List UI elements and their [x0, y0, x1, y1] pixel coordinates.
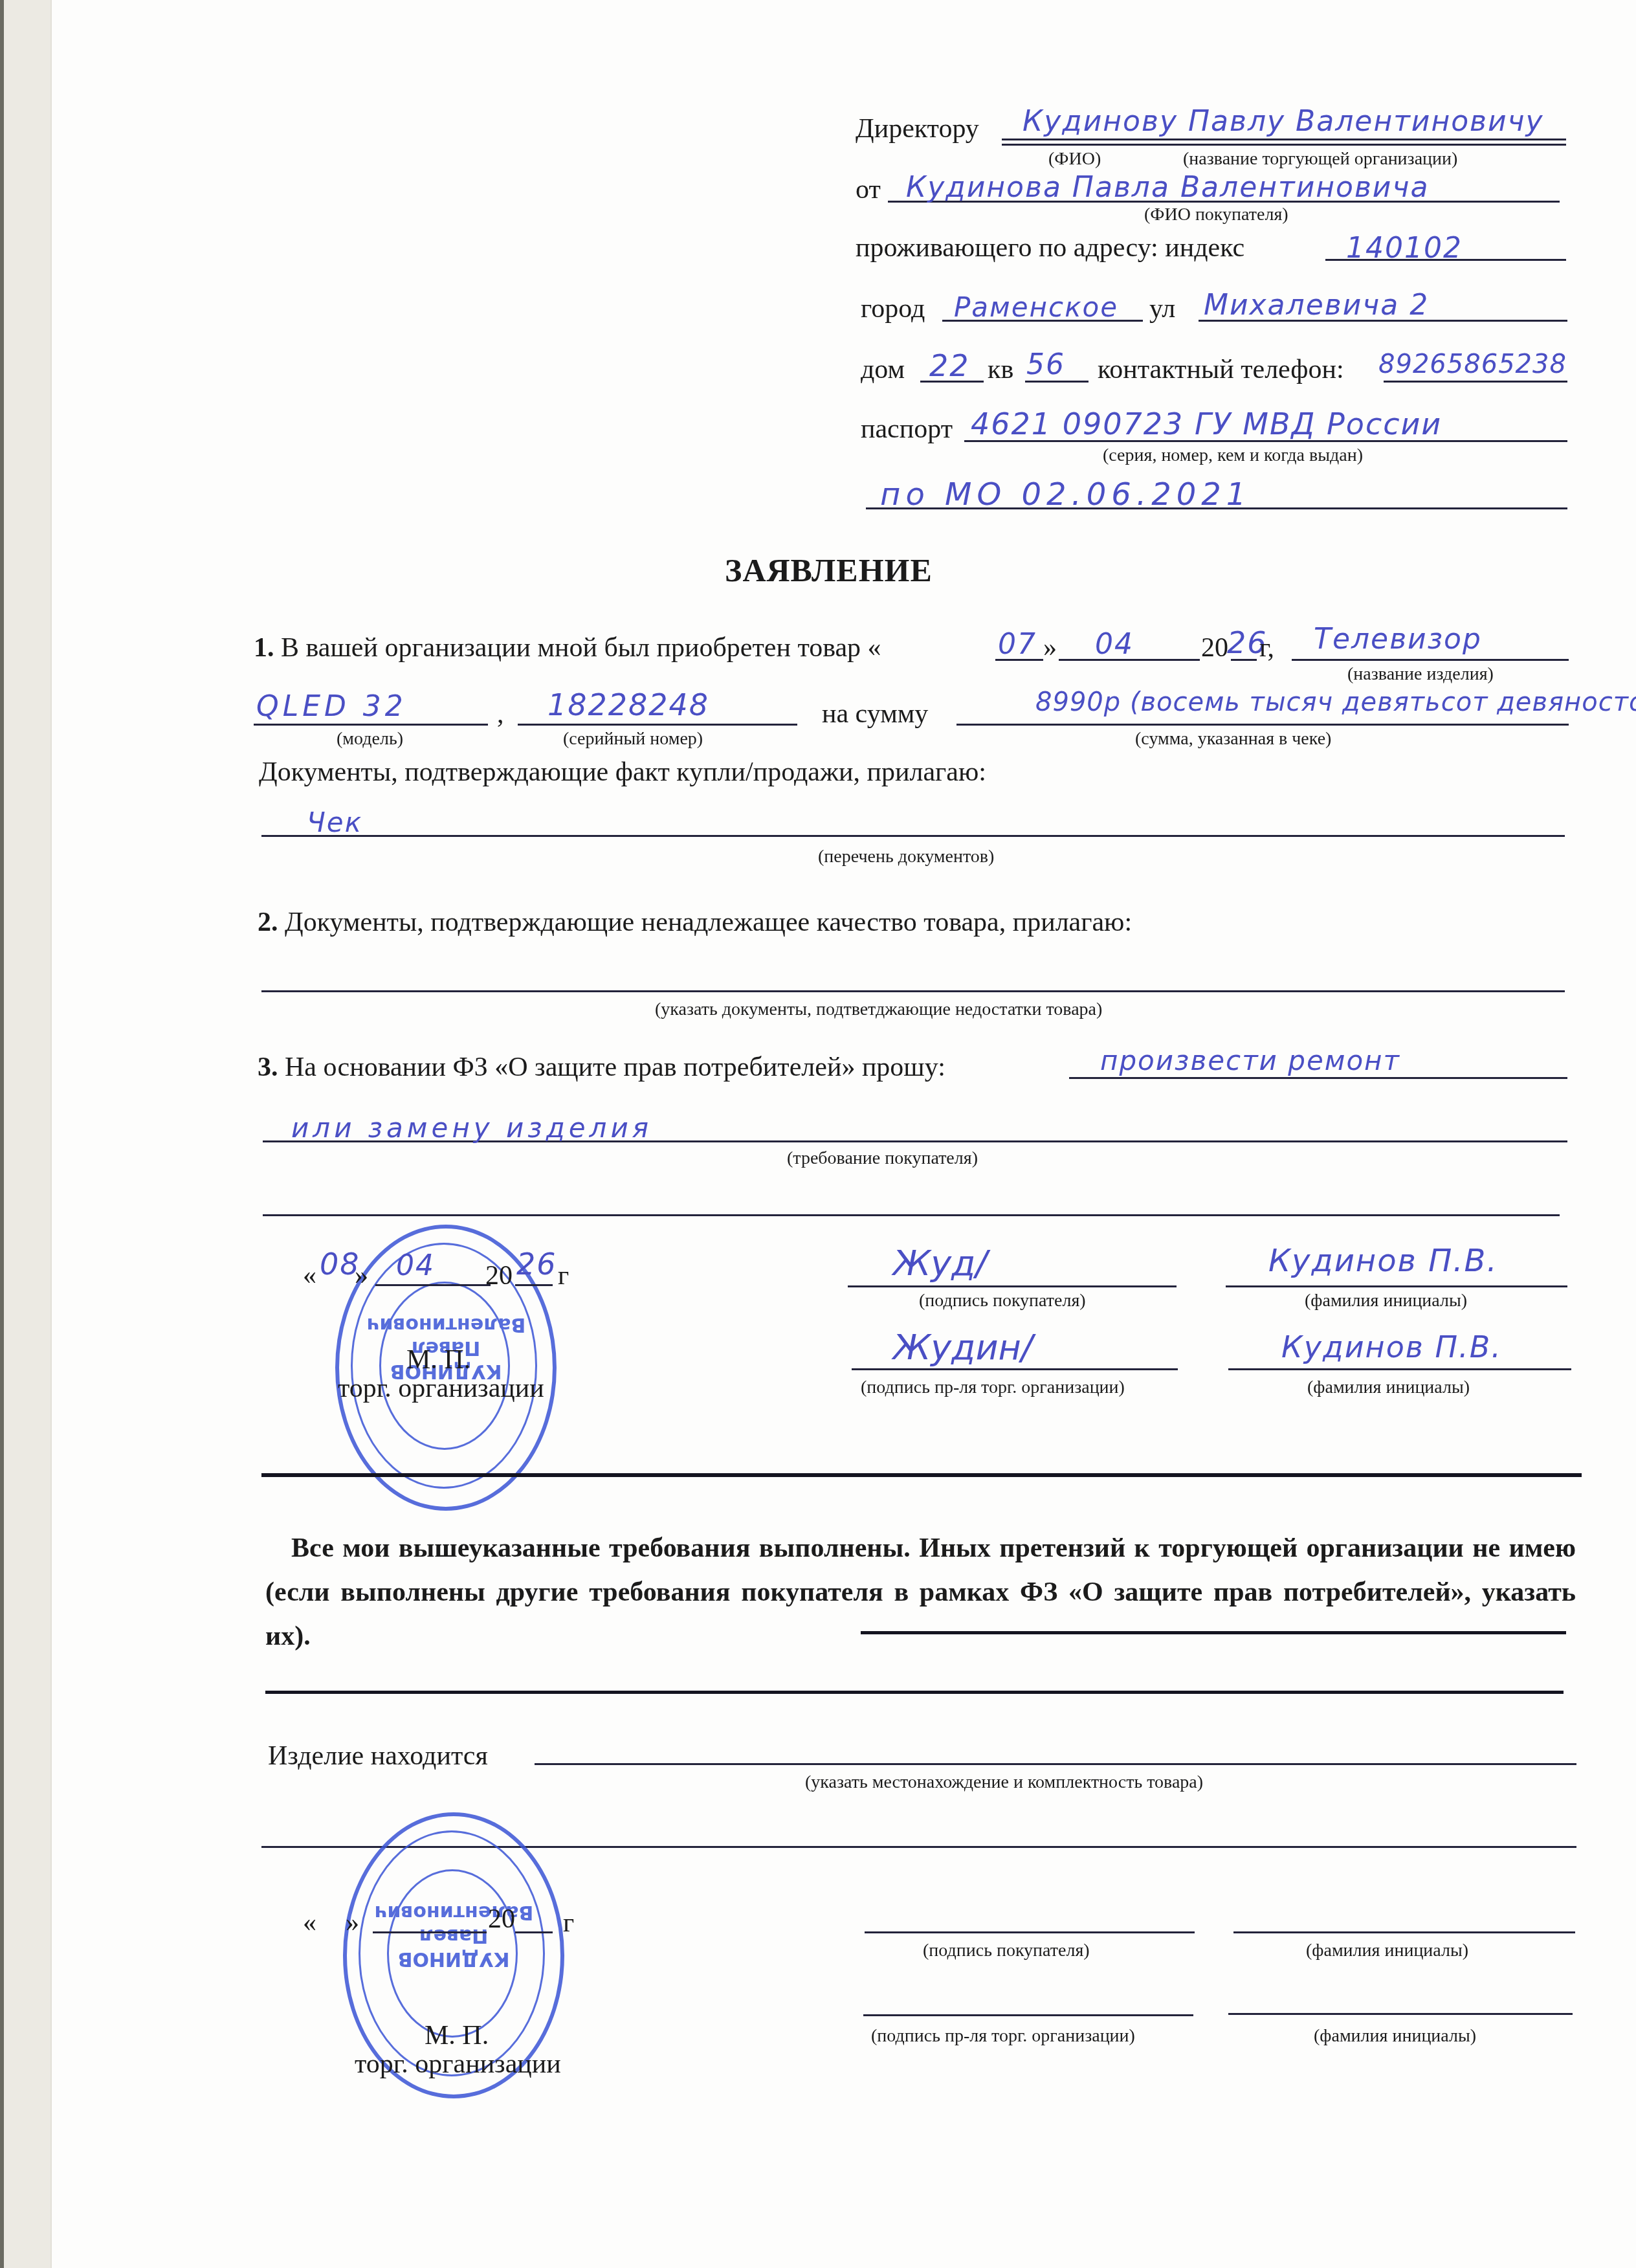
director-label: Директору [856, 115, 979, 142]
section3-text: 3. На основании ФЗ «О защите прав потреб… [258, 1054, 945, 1081]
sign1-open-quote: « [303, 1262, 316, 1289]
buyer-signature[interactable]: Жуд/ [893, 1243, 988, 1284]
apt-field[interactable]: 56 [1026, 348, 1065, 381]
location-line[interactable] [535, 1763, 1576, 1765]
sign1-month-line [375, 1284, 491, 1286]
purchase-year-label: г, [1259, 634, 1274, 661]
director-line [1002, 139, 1566, 140]
sign1-org-label: торг. организации [338, 1375, 544, 1402]
seller-name-field[interactable]: Кудинов П.В. [1281, 1329, 1502, 1364]
buyer-name-caption: (фамилия инициалы) [1305, 1292, 1467, 1310]
buyer-sign-caption: (подпись покупателя) [919, 1292, 1086, 1310]
model-line [254, 724, 488, 726]
buyer-sign-caption-2: (подпись покупателя) [923, 1942, 1090, 1960]
document-title: ЗАЯВЛЕНИЕ [725, 551, 933, 589]
docs-line [261, 835, 1565, 837]
section1-text: 1. В вашей организации мной был приобрет… [254, 634, 881, 661]
seller-sign-line-2[interactable] [863, 2014, 1193, 2016]
seller-name-caption-2: (фамилия инициалы) [1314, 2027, 1476, 2045]
from-field[interactable]: Кудинова Павла Валентиновича [906, 171, 1429, 204]
section3-field-2[interactable]: или замену изделия [291, 1112, 652, 1144]
section3-line-3[interactable] [263, 1214, 1560, 1216]
product-caption: (название изделия) [1347, 665, 1494, 684]
street-field[interactable]: Михалевича 2 [1204, 289, 1429, 322]
sign1-mp-label: М. П. [406, 1346, 470, 1373]
seller-signature[interactable]: Жудин/ [893, 1327, 1033, 1368]
sign2-open-quote: « [303, 1909, 316, 1937]
apt-label: кв [988, 356, 1013, 383]
completion-paragraph: Все мои вышеуказанные требования выполне… [265, 1526, 1576, 1658]
phone-line [1384, 381, 1567, 383]
section2-number: 2. [258, 907, 278, 937]
docs-field[interactable]: Чек [307, 806, 362, 838]
city-label: город [861, 295, 925, 322]
city-field[interactable]: Раменское [954, 291, 1118, 323]
sum-caption: (сумма, указанная в чеке) [1135, 730, 1331, 748]
house-field[interactable]: 22 [929, 348, 970, 383]
director-line-2 [1002, 144, 1566, 146]
sign2-mp-label: М. П. [425, 2022, 489, 2049]
sign1-year-line [515, 1284, 553, 1286]
section2-line[interactable] [261, 990, 1565, 992]
section3-field-1[interactable]: произвести ремонт [1100, 1045, 1400, 1076]
buyer-name-line-2[interactable] [1233, 1931, 1575, 1933]
buyer-name-field[interactable]: Кудинов П.В. [1268, 1243, 1498, 1279]
serial-caption: (серийный номер) [563, 730, 703, 748]
phone-field[interactable]: 89265865238 [1378, 350, 1567, 379]
serial-field[interactable]: 18228248 [547, 687, 709, 722]
sign1-close-quote: » [355, 1262, 368, 1289]
street-label: ул [1149, 295, 1175, 322]
buyer-name-line [1226, 1285, 1567, 1287]
buyer-name-caption-2: (фамилия инициалы) [1306, 1942, 1468, 1960]
sign1-year-prefix: 20 [485, 1262, 513, 1289]
model-caption: (модель) [337, 730, 403, 748]
section3-caption: (требование покупателя) [787, 1150, 978, 1168]
serial-line [518, 724, 797, 726]
scan-margin [0, 0, 52, 2268]
seller-name-caption: (фамилия инициалы) [1307, 1379, 1470, 1397]
sign2-year-label: г [563, 1909, 574, 1937]
purchase-month-field[interactable]: 04 [1095, 628, 1134, 661]
sign2-year-prefix: 20 [488, 1906, 515, 1933]
sign1-year-field[interactable]: 26 [516, 1247, 557, 1282]
section1-number: 1. [254, 633, 274, 663]
purchase-year-prefix: 20 [1201, 634, 1228, 661]
section-separator [261, 1473, 1582, 1477]
seller-sign-line [852, 1368, 1178, 1370]
sign1-month-field[interactable]: 04 [396, 1249, 435, 1282]
buyer-sign-line-2[interactable] [865, 1931, 1195, 1933]
section2-caption: (указать документы, подтветджающие недос… [655, 1001, 1102, 1019]
purchase-close-quote: » [1043, 634, 1057, 661]
completion-line-2[interactable] [265, 1691, 1564, 1694]
buyer-fio-caption: (ФИО покупателя) [1144, 206, 1288, 224]
sum-label: на сумму [822, 700, 928, 728]
model-field[interactable]: QLED 32 [256, 690, 407, 723]
purchase-day-field[interactable]: 07 [998, 628, 1037, 661]
seller-sign-caption-2: (подпись пр-ля торг. организации) [871, 2027, 1135, 2045]
seller-name-line [1228, 1368, 1571, 1370]
buyer-sign-line [848, 1285, 1177, 1287]
section3-number: 3. [258, 1052, 278, 1082]
passport-field-2[interactable]: по МО 02.06.2021 [880, 476, 1251, 513]
product-line [1292, 659, 1569, 661]
seller-name-line-2[interactable] [1228, 2013, 1573, 2015]
scan-edge [0, 0, 4, 2268]
sign2-month-line[interactable] [373, 1931, 487, 1933]
completion-line-1[interactable] [861, 1631, 1566, 1634]
passport-field[interactable]: 4621 090723 ГУ МВД России [971, 406, 1442, 441]
phone-label: контактный телефон: [1098, 356, 1344, 383]
address-label: проживающего по адресу: индекс [856, 234, 1244, 261]
fio-caption: (ФИО) [1048, 150, 1101, 168]
docs-caption: (перечень документов) [818, 848, 994, 866]
docs-label: Документы, подтверждающие факт купли/про… [259, 759, 986, 786]
section3-line-1 [1069, 1077, 1567, 1079]
location-label: Изделие находится [268, 1742, 488, 1770]
sign1-year-label: г [558, 1262, 569, 1289]
org-caption: (название торгующей организации) [1183, 150, 1457, 168]
stamp-name: КУДИНОВ Павел Валентинович [347, 1900, 560, 1970]
sign2-year-line[interactable] [515, 1931, 553, 1933]
model-comma: , [497, 700, 504, 728]
sum-line [956, 724, 1569, 726]
sign2-org-label: торг. организации [355, 2051, 561, 2078]
passport-caption: (серия, номер, кем и когда выдан) [1103, 447, 1363, 465]
sign2-close-quote: » [346, 1909, 359, 1937]
location-caption: (указать местонахождение и комплектность… [805, 1773, 1203, 1792]
index-field[interactable]: 140102 [1346, 232, 1463, 265]
section2-text: 2. Документы, подтверждающие ненадлежаще… [258, 909, 1132, 936]
house-label: дом [861, 356, 905, 383]
sum-field[interactable]: 8990р (восемь тысяч девятьсот девяносто) [1035, 687, 1636, 717]
director-field[interactable]: Кудинову Павлу Валентиновичу [1022, 105, 1544, 138]
product-field[interactable]: Телевизор [1314, 623, 1482, 656]
seller-sign-caption: (подпись пр-ля торг. организации) [861, 1379, 1125, 1397]
from-label: от [856, 176, 881, 203]
passport-label: паспорт [861, 416, 953, 443]
